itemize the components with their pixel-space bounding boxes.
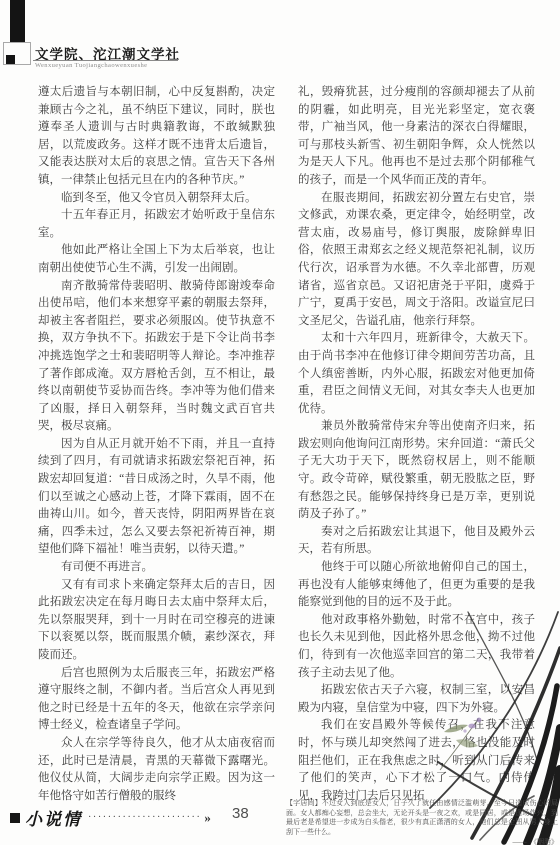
magazine-page: 文学院、沱江潮文学社 Wenxueyuan Tuojiangchaowenxue…	[0, 0, 560, 845]
dotted-leader: ·······················	[88, 812, 201, 823]
paragraph: 遵太后遗旨与本朝旧制，心中反复斟酌，决定兼顾古今之礼，虽不纳臣下建议，同时，朕也…	[38, 84, 275, 190]
page-footer: 小说情 ······················· » 38 【字居间】不过…	[10, 797, 554, 839]
section-marker-square	[10, 813, 20, 823]
page-number: 38	[232, 805, 249, 822]
right-column: 礼，毁瘠犹甚，过分瘦削的容颜却褪去了从前的阴霾，如此明亮，目光光彩坚定，宽衣褒带…	[298, 84, 535, 805]
quote-attribution: —— 《胭脂》	[286, 838, 558, 845]
chevron-right-icon: »	[204, 810, 211, 826]
paragraph: 奏对之后拓跋宏让其退下，他目及殿外云天，若有所思。	[298, 524, 535, 559]
paragraph: 礼，毁瘠犹甚，过分瘦削的容颜却褪去了从前的阴霾，如此明亮，目光光彩坚定，宽衣褒带…	[298, 84, 535, 190]
footer-quote: 【字居间】不过女人到底是女人，日子久了就任由感情泛滥萌芽，至今日造成伤心的局面。…	[286, 799, 558, 845]
paragraph: 十五年春正月，拓跋宏才始听政于皇信东室。	[38, 207, 275, 242]
masthead-rule	[33, 60, 178, 61]
masthead-subtitle: Wenxueyuan Tuojiangchaowenxueshe	[35, 62, 147, 69]
paragraph: 后宫也照例为太后服丧三年，拓跋宏严格遵守服终之制，不御内者。当后宫众人再见到他之…	[38, 665, 275, 735]
paragraph: 他终于可以随心所欲地俯仰自己的国土，再也没有人能够束缚他了，但更为重要的是我能察…	[298, 559, 535, 612]
section-title: 小说情	[25, 805, 82, 830]
article-body: 遵太后遗旨与本朝旧制，心中反复斟酌，决定兼顾古今之礼，虽不纳臣下建议，同时，朕也…	[38, 84, 535, 805]
paragraph: 临到冬至，他又令官员入朝祭拜太后。	[38, 190, 275, 208]
paragraph: 拓跋宏依古天子六寝，权制三室，以安昌殿为内寝，皇信堂为中寝，四下为外寝。	[298, 682, 535, 717]
paragraph: 他如此严格让全国上下为太后举哀，也让南朝出使使节心生不满，引发一出闹剧。	[38, 242, 275, 277]
paragraph: 在服丧期间，拓跋宏初分置左右史官，崇文修武，劝课农桑，更定律令，始经明堂，改营太…	[298, 190, 535, 331]
paragraph: 有司便不再进言。	[38, 559, 275, 577]
paragraph: 因为自从正月就开始不下雨，并且一直持续到了四月，有司就请求拓跋宏祭祀百神，拓跋宏…	[38, 436, 275, 559]
masthead-bar	[10, 0, 25, 43]
masthead-square	[6, 55, 15, 64]
paragraph: 我们在安昌殿外等候传召，在我不注意时，怀与瑛儿却突然闯了进去，恪也没能及时阻拦他…	[298, 717, 535, 805]
paragraph: 众人在宗学等待良久，他才从太庙夜宿而还，此时已是清晨，青黑的天幕微下露曙光。他仪…	[38, 735, 275, 805]
paragraph: 兼员外散骑常侍宋弁等出使南齐归来，拓跋宏则向他询问江南形势。宋弁回道：“萧氏父子…	[298, 418, 535, 524]
left-column: 遵太后遗旨与本朝旧制，心中反复斟酌，决定兼顾古今之礼，虽不纳臣下建议，同时，朕也…	[38, 84, 275, 805]
paragraph: 南齐散骑常侍裴昭明、散骑侍郎谢竣奉命出使吊唁，他们本来想穿平素的朝服去祭拜，却被…	[38, 278, 275, 436]
quote-text: 【字居间】不过女人到底是女人，日子久了就任由感情泛滥萌芽，至今日造成伤心的局面。…	[286, 799, 558, 837]
paragraph: 他对政事格外勤勉，时常不在宫中，孩子也长久未见到他，因此格外思念他，拗不过他们，…	[298, 612, 535, 682]
paragraph: 又有有司求卜来确定祭拜太后的吉日，因此拓跋宏决定在每月晦日去太庙中祭拜太后，先以…	[38, 577, 275, 665]
section-label: 小说情 ······················· »	[10, 805, 211, 830]
paragraph: 太和十六年四月，班新律令，大赦天下。由于尚书李冲在他修订律令期间劳苦功高，且个人…	[298, 330, 535, 418]
